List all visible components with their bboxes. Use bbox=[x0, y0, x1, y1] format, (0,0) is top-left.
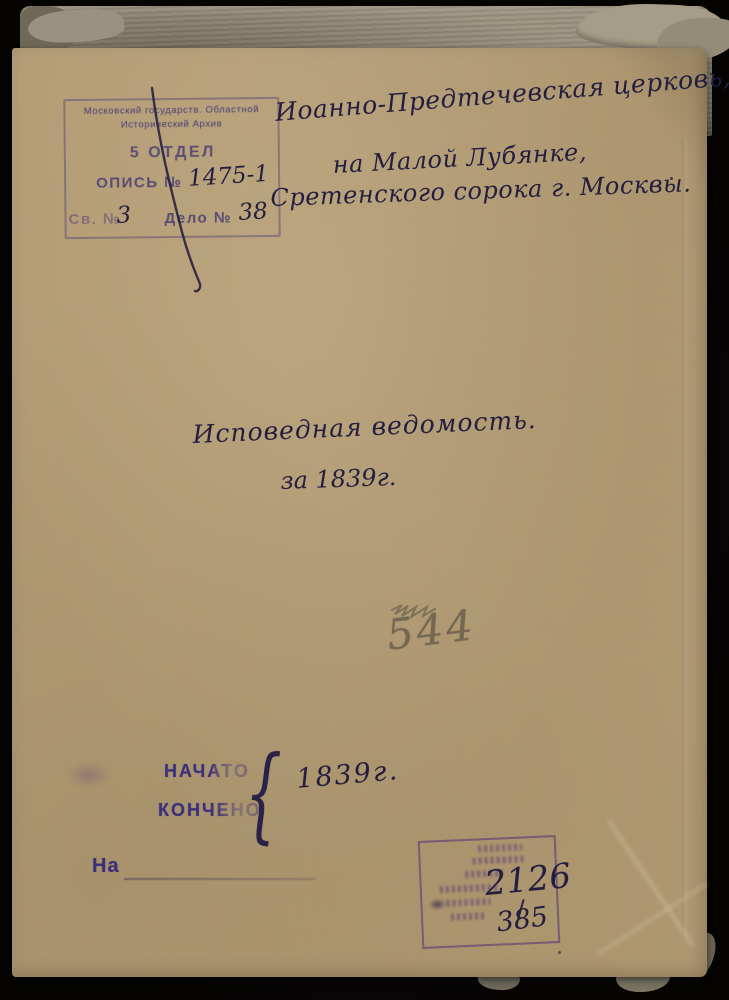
stamp-opis-number: 1475-1 bbox=[187, 161, 269, 192]
stamp-opis-label: ОПИСЬ № bbox=[96, 174, 182, 192]
faded-corner-stamp: 2126 385 bbox=[418, 835, 561, 949]
handwritten-year: 1839г. bbox=[295, 755, 400, 795]
stamp-sv-number: 3 bbox=[116, 202, 132, 229]
ink-dot bbox=[670, 177, 673, 180]
illegible-stamp-text bbox=[451, 912, 487, 921]
stamp-sv-label: Св. № bbox=[68, 211, 121, 229]
na-stamp-label: На bbox=[92, 855, 120, 878]
fond-number-handwritten: 2126 bbox=[483, 856, 573, 904]
illegible-stamp-text bbox=[446, 898, 490, 907]
started-stamp-label: НАЧАТО bbox=[164, 761, 250, 782]
stamp-org-name-line2: Исторический Архив bbox=[65, 118, 277, 131]
stamp-org-name-line1: Московский государств. Областной bbox=[65, 104, 277, 117]
archive-inventory-stamp: Московский государств. Областной Историч… bbox=[63, 97, 280, 239]
ink-dot bbox=[558, 951, 561, 954]
document-title: Исповедная ведомость. bbox=[192, 405, 537, 449]
paper-crease bbox=[608, 820, 694, 946]
blank-underline bbox=[124, 878, 316, 880]
scanned-archive-cover: Московский государств. Областной Историч… bbox=[0, 0, 729, 1000]
illegible-stamp-text bbox=[478, 844, 522, 853]
document-year: за 1839г. bbox=[280, 463, 397, 495]
handwritten-brace: { bbox=[244, 740, 282, 846]
secondary-number-handwritten: 385 bbox=[495, 901, 550, 938]
folder-cover: Московский государств. Областной Историч… bbox=[12, 48, 707, 977]
ink-smudge bbox=[428, 898, 447, 911]
paper-crease bbox=[682, 138, 687, 938]
church-street-line: на Малой Лубянке, bbox=[332, 138, 588, 179]
stamp-delo-label: Дело № bbox=[164, 209, 232, 227]
stamp-delo-number: 38 bbox=[238, 198, 269, 226]
stamp-department: 5 ОТДЕЛ bbox=[130, 144, 216, 163]
pencil-number: 544 bbox=[384, 600, 478, 660]
ink-smudge bbox=[66, 762, 112, 788]
